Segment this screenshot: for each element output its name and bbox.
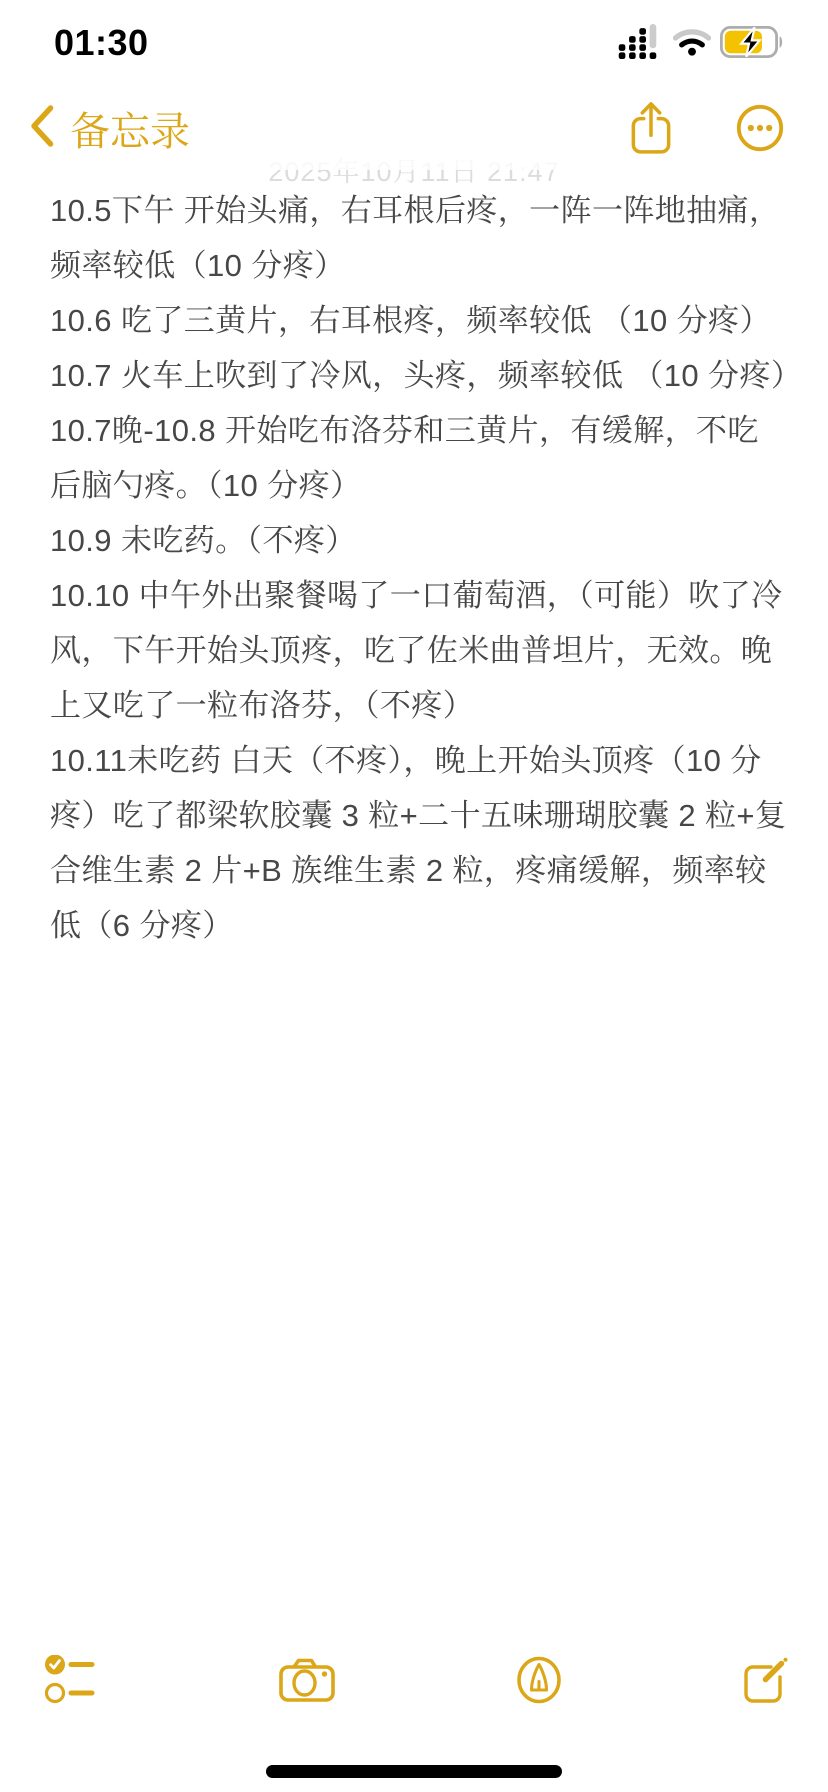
notes-app-screen: 01:30 <box>0 0 828 1792</box>
nav-actions <box>630 101 784 155</box>
note-paragraph: 10.6 吃了三黄片，右耳根疼，频率较低 （10 分疼） <box>50 293 788 348</box>
markup-pen-icon[interactable] <box>516 1656 562 1704</box>
share-icon[interactable] <box>630 101 672 155</box>
note-paragraph: 10.7 火车上吹到了冷风，头疼，频率较低 （10 分疼） <box>50 348 788 403</box>
cellular-signal-icon <box>618 24 664 64</box>
compose-icon[interactable] <box>744 1657 788 1703</box>
battery-charging-icon <box>720 26 788 63</box>
note-paragraph: 10.9 未吃药。（不疼） <box>50 513 788 568</box>
nav-bar: 备忘录 <box>0 86 828 170</box>
chevron-left-icon <box>30 104 54 153</box>
note-paragraph: 10.11未吃药 白天（不疼），晚上开始头顶疼（10 分疼）吃了都梁软胶囊 3 … <box>50 733 788 953</box>
status-icons <box>618 24 788 64</box>
note-paragraph: 10.10 中午外出聚餐喝了一口葡萄酒，（可能）吹了冷风，下午开始头顶疼，吃了佐… <box>50 568 788 733</box>
home-indicator[interactable] <box>266 1765 562 1778</box>
back-label: 备忘录 <box>70 100 190 157</box>
bottom-toolbar <box>0 1648 828 1712</box>
status-bar: 01:30 <box>0 0 828 86</box>
camera-icon[interactable] <box>279 1658 335 1702</box>
back-button[interactable]: 备忘录 <box>30 100 190 157</box>
wifi-icon <box>673 28 711 61</box>
note-body[interactable]: 10.5下午 开始头痛，右耳根后疼，一阵一阵地抽痛，频率较低（10 分疼） 10… <box>50 183 788 953</box>
note-paragraph: 10.5下午 开始头痛，右耳根后疼，一阵一阵地抽痛，频率较低（10 分疼） <box>50 183 788 293</box>
status-time: 01:30 <box>54 22 149 64</box>
note-paragraph: 10.7晚-10.8 开始吃布洛芬和三黄片，有缓解，不吃后脑勺疼。（10 分疼） <box>50 403 788 513</box>
checklist-icon[interactable] <box>45 1655 97 1705</box>
more-options-icon[interactable] <box>736 104 784 152</box>
